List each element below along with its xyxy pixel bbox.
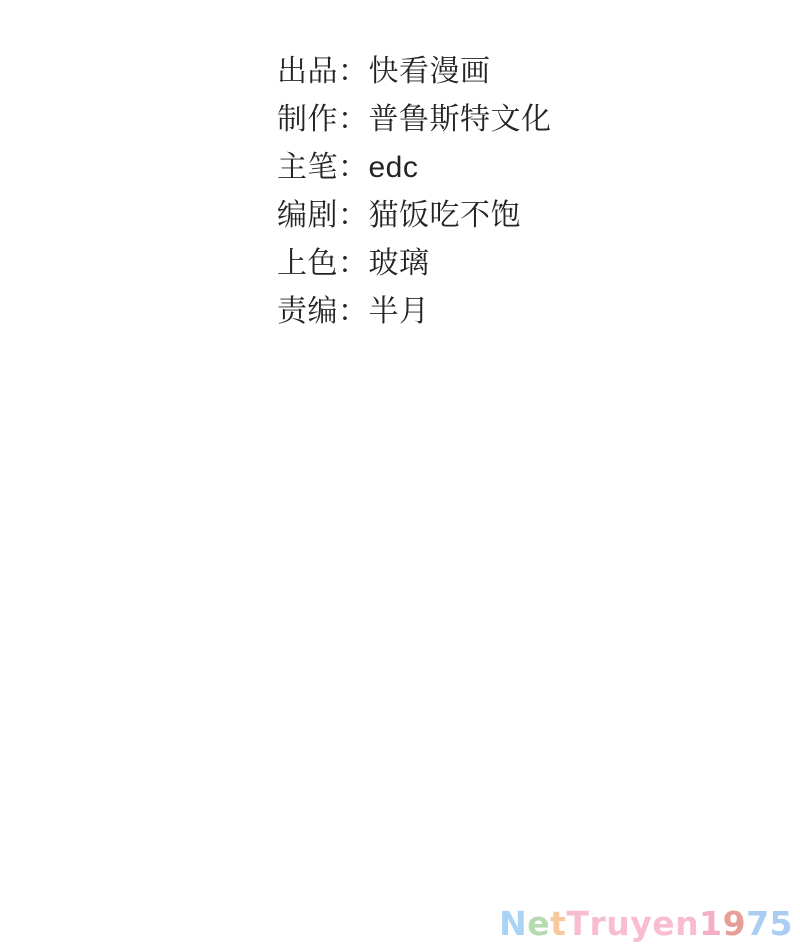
credit-label: 责编： bbox=[277, 295, 369, 328]
watermark-letter: 9 bbox=[723, 904, 746, 943]
credit-value: 玻璃 bbox=[369, 247, 430, 280]
credit-label: 主笔： bbox=[277, 151, 369, 184]
watermark-letter: N bbox=[499, 904, 527, 943]
credits-block: 出品：快看漫画 制作：普鲁斯特文化 主笔：edc 编剧：猫饭吃不饱 上色：玻璃 … bbox=[277, 48, 552, 336]
credit-label: 制作： bbox=[277, 103, 369, 136]
credit-line-editor: 责编：半月 bbox=[277, 288, 552, 336]
watermark-letter: 5 bbox=[770, 904, 793, 943]
credit-line-production: 制作：普鲁斯特文化 bbox=[277, 96, 552, 144]
watermark-letter: r bbox=[589, 904, 606, 943]
credit-line-writer: 编剧：猫饭吃不饱 bbox=[277, 192, 552, 240]
credit-label: 上色： bbox=[277, 247, 369, 280]
credit-label: 出品： bbox=[277, 55, 369, 88]
comic-credits-page: 出品：快看漫画 制作：普鲁斯特文化 主笔：edc 编剧：猫饭吃不饱 上色：玻璃 … bbox=[0, 0, 800, 950]
watermark-letter: y bbox=[630, 904, 652, 943]
credit-line-colorist: 上色：玻璃 bbox=[277, 240, 552, 288]
credit-label: 编剧： bbox=[277, 199, 369, 232]
watermark-letter: t bbox=[550, 904, 566, 943]
watermark-nettruyen: NetTruyen1975 bbox=[499, 904, 793, 943]
credit-value: 半月 bbox=[369, 295, 430, 328]
credit-line-artist: 主笔：edc bbox=[277, 144, 552, 192]
watermark-letter: u bbox=[606, 904, 630, 943]
credit-value: 猫饭吃不饱 bbox=[369, 199, 522, 232]
credit-value: 快看漫画 bbox=[369, 55, 491, 88]
credit-value: edc bbox=[369, 151, 419, 184]
credit-value: 普鲁斯特文化 bbox=[369, 103, 552, 136]
watermark-letter: T bbox=[566, 904, 589, 943]
watermark-letter: e bbox=[527, 904, 550, 943]
watermark-letter: 7 bbox=[746, 904, 769, 943]
watermark-letter: n bbox=[675, 904, 699, 943]
credit-line-publisher: 出品：快看漫画 bbox=[277, 48, 552, 96]
watermark-letter: 1 bbox=[699, 904, 722, 943]
watermark-letter: e bbox=[652, 904, 675, 943]
